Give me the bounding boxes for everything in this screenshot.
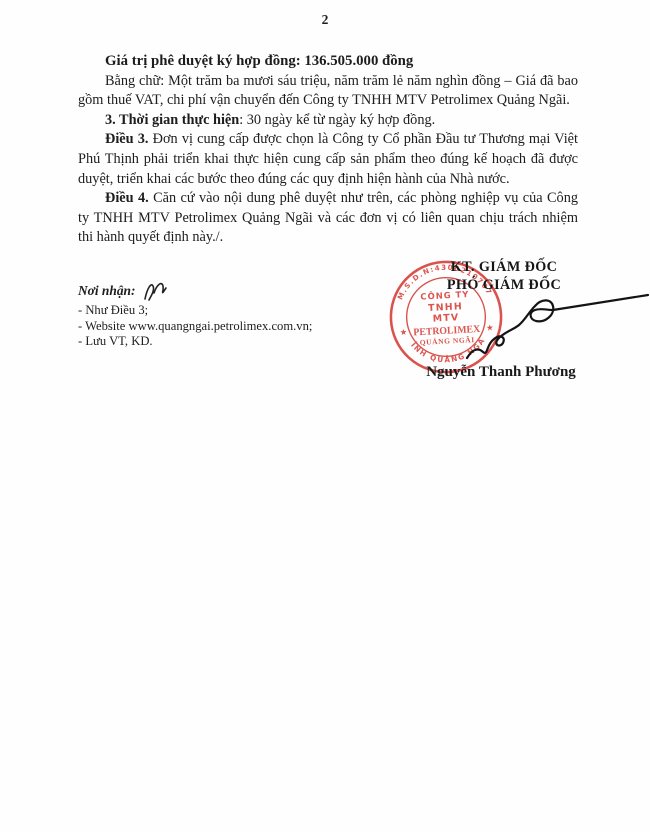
duration-text: : 30 ngày kể từ ngày ký hợp đồng. (239, 112, 435, 128)
document-page: 2 Giá trị phê duyệt ký hợp đồng: 136.505… (0, 0, 650, 832)
page-number: 2 (0, 12, 650, 28)
recipients-header: Nơi nhận: (78, 283, 312, 303)
signer-role-line1: KT. GIÁM ĐỐC (420, 259, 588, 277)
contract-value-line: Giá trị phê duyệt ký hợp đồng: 136.505.0… (78, 52, 578, 72)
article-3-paragraph: Điều 3. Đơn vị cung cấp được chọn là Côn… (78, 130, 578, 189)
duration-line: 3. Thời gian thực hiện: 30 ngày kể từ ng… (78, 111, 578, 131)
amount-in-words: Bằng chữ: Một trăm ba mươi sáu triệu, nă… (78, 72, 578, 111)
recipients-label: Nơi nhận: (78, 283, 135, 299)
handwritten-initials (140, 279, 174, 305)
article-4-label: Điều 4. (105, 190, 149, 206)
handwritten-signature (445, 286, 650, 368)
recipients-block: Nơi nhận: - Như Điều 3; - Website www.qu… (78, 283, 312, 350)
recipient-item: - Như Điều 3; (78, 303, 312, 319)
article-3-label: Điều 3. (105, 131, 148, 147)
recipient-item: - Website www.quangngai.petrolimex.com.v… (78, 319, 312, 335)
document-body: Giá trị phê duyệt ký hợp đồng: 136.505.0… (78, 52, 578, 248)
article-3-text: Đơn vị cung cấp được chọn là Công ty Cổ … (78, 131, 578, 186)
duration-label: 3. Thời gian thực hiện (105, 112, 239, 128)
stamp-star-left-icon: ★ (400, 328, 408, 337)
article-4-text: Căn cứ vào nội dung phê duyệt như trên, … (78, 190, 578, 245)
article-4-paragraph: Điều 4. Căn cứ vào nội dung phê duyệt nh… (78, 189, 578, 248)
recipient-item: - Lưu VT, KD. (78, 334, 312, 350)
